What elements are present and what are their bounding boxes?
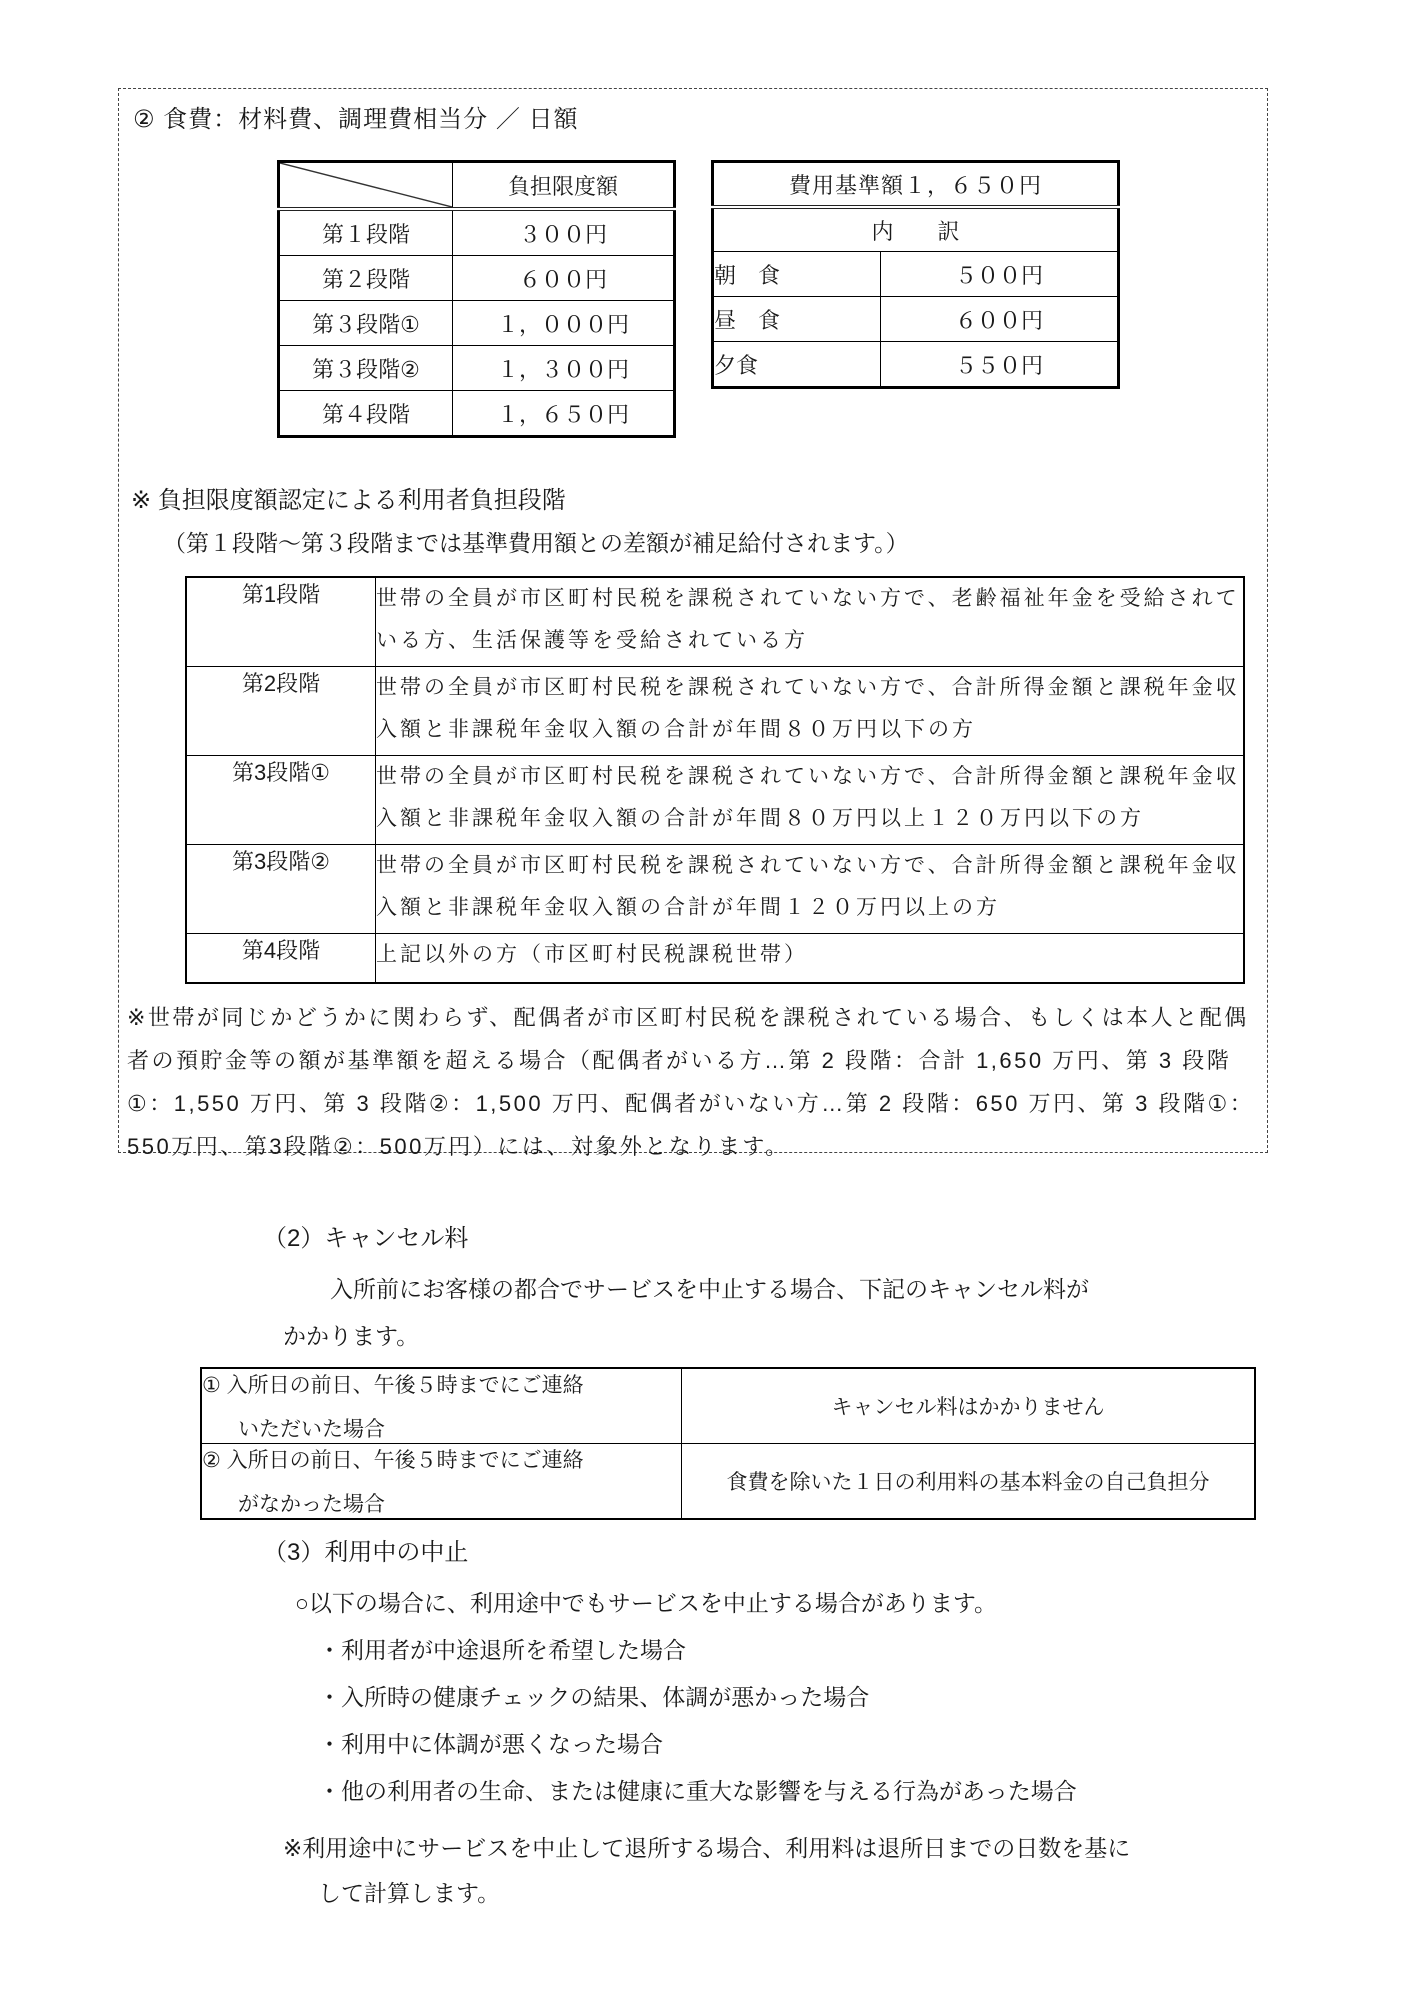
- meal-label: 夕食: [713, 342, 881, 388]
- stage-label: 第３段階①: [279, 301, 453, 346]
- table-row: 朝 食 ５００円: [713, 252, 1119, 297]
- table-row: 第１段階 ３００円: [279, 209, 675, 256]
- condition-line1: ② 入所日の前日、午後５時までにご連絡: [202, 1444, 681, 1474]
- table-header-row: 費用基準額１，６５０円: [713, 162, 1119, 208]
- spouse-exclusion-note: ※世帯が同じかどうかに関わらず、配偶者が市区町村民税を課税されている場合、もしく…: [127, 996, 1263, 1168]
- table-row: 昼 食 ６００円: [713, 297, 1119, 342]
- meal-label: 朝 食: [713, 252, 881, 297]
- cancellation-fee-table: ① 入所日の前日、午後５時までにご連絡 いただいた場合 キャンセル料はかかりませ…: [200, 1367, 1256, 1520]
- cancellation-condition: ② 入所日の前日、午後５時までにご連絡 がなかった場合: [201, 1444, 682, 1520]
- burden-stage-note: ※ 負担限度額認定による利用者負担段階: [131, 480, 1267, 515]
- table-row: 第４段階 １，６５０円: [279, 391, 675, 437]
- table-row: 第2段階 世帯の全員が市区町村民税を課税されていない方で、合計所得金額と課税年金…: [186, 667, 1244, 756]
- stage-label: 第１段階: [279, 209, 453, 256]
- table-row: 第３段階① １，０００円: [279, 301, 675, 346]
- diagonal-divider-cell: [279, 162, 453, 210]
- stage-description: 上記以外の方（市区町村民税課税世帯）: [376, 934, 1245, 984]
- breakdown-label: 内 訳: [713, 207, 1119, 252]
- table-row: ① 入所日の前日、午後５時までにご連絡 いただいた場合 キャンセル料はかかりませ…: [201, 1368, 1255, 1444]
- cancellation-heading: （2）キャンセル料: [263, 1218, 1414, 1253]
- stop-bullet: ・利用中に体調が悪くなった場合: [318, 1726, 1414, 1759]
- stop-bullet: ・入所時の健康チェックの結果、体調が悪かった場合: [318, 1679, 1414, 1712]
- table-row: 第3段階① 世帯の全員が市区町村民税を課税されていない方で、合計所得金額と課税年…: [186, 756, 1244, 845]
- stage-label: 第2段階: [186, 667, 376, 756]
- mid-use-stop-section: （3）利用中の中止 ○以下の場合に、利用途中でもサービスを中止する場合があります…: [0, 1532, 1414, 1908]
- table-row: 第1段階 世帯の全員が市区町村民税を課税されていない方で、老齢福祉年金を受給され…: [186, 577, 1244, 667]
- cancellation-description-line2: かかります。: [283, 1318, 1414, 1351]
- meal-amount: ６００円: [881, 297, 1119, 342]
- stop-bullet: ・利用者が中途退所を希望した場合: [318, 1632, 1414, 1665]
- stage-amount: １，６５０円: [453, 391, 675, 437]
- stop-intro: ○以下の場合に、利用途中でもサービスを中止する場合があります。: [295, 1585, 1414, 1618]
- stage-label: 第1段階: [186, 577, 376, 667]
- stage-amount: １，３００円: [453, 346, 675, 391]
- stage-amount: １，０００円: [453, 301, 675, 346]
- limit-table-header: 負担限度額: [453, 162, 675, 210]
- table-row: 第２段階 ６００円: [279, 256, 675, 301]
- condition-line2: いただいた場合: [238, 1413, 681, 1443]
- stage-description: 世帯の全員が市区町村民税を課税されていない方で、合計所得金額と課税年金収入額と非…: [376, 756, 1245, 845]
- stage-label: 第２段階: [279, 256, 453, 301]
- stage-label: 第3段階①: [186, 756, 376, 845]
- table-row: ② 入所日の前日、午後５時までにご連絡 がなかった場合 食費を除いた１日の利用料…: [201, 1444, 1255, 1520]
- stage-amount: ３００円: [453, 209, 675, 256]
- standard-cost-header: 費用基準額１，６５０円: [713, 162, 1119, 208]
- condition-line2: がなかった場合: [238, 1488, 681, 1518]
- stage-description: 世帯の全員が市区町村民税を課税されていない方で、合計所得金額と課税年金収入額と非…: [376, 667, 1245, 756]
- cancellation-fee: 食費を除いた１日の利用料の基本料金の自己負担分: [682, 1444, 1256, 1520]
- meal-fee-title: ② 食費：材料費、調理費相当分 ／ 日額: [133, 99, 1267, 134]
- stage-label: 第４段階: [279, 391, 453, 437]
- meal-amount: ５００円: [881, 252, 1119, 297]
- stop-heading: （3）利用中の中止: [263, 1532, 1414, 1567]
- cancellation-section: （2）キャンセル料 入所前にお客様の都合でサービスを中止する場合、下記のキャンセ…: [0, 1218, 1414, 1520]
- stage-amount: ６００円: [453, 256, 675, 301]
- diagonal-line: [280, 163, 452, 207]
- stage-description: 世帯の全員が市区町村民税を課税されていない方で、老齢福祉年金を受給されている方、…: [376, 577, 1245, 667]
- table-row: 第３段階② １，３００円: [279, 346, 675, 391]
- stop-note-line1: ※利用途中にサービスを中止して退所する場合、利用料は退所日までの日数を基に: [283, 1830, 1414, 1863]
- document-page: ② 食費：材料費、調理費相当分 ／ 日額 負担限度額 第１段階 ３００: [0, 0, 1414, 2000]
- stage-label: 第3段階②: [186, 845, 376, 934]
- condition-line1: ① 入所日の前日、午後５時までにご連絡: [202, 1369, 681, 1399]
- meal-fee-section: ② 食費：材料費、調理費相当分 ／ 日額 負担限度額 第１段階 ３００: [118, 88, 1268, 1153]
- meal-fee-tables: 負担限度額 第１段階 ３００円 第２段階 ６００円 第３段階① １，０００円: [119, 160, 1267, 438]
- standard-cost-table: 費用基準額１，６５０円 内 訳 朝 食 ５００円 昼 食 ６００円 夕食: [711, 160, 1120, 389]
- user-burden-stage-table: 第1段階 世帯の全員が市区町村民税を課税されていない方で、老齢福祉年金を受給され…: [185, 576, 1245, 984]
- cancellation-description-line1: 入所前にお客様の都合でサービスを中止する場合、下記のキャンセル料が: [330, 1271, 1414, 1304]
- supplement-note: （第１段階～第３段階までは基準費用額との差額が補足給付されます。）: [163, 525, 1267, 558]
- table-row: 第3段階② 世帯の全員が市区町村民税を課税されていない方で、合計所得金額と課税年…: [186, 845, 1244, 934]
- breakdown-row: 内 訳: [713, 207, 1119, 252]
- meal-label: 昼 食: [713, 297, 881, 342]
- table-row: 夕食 ５５０円: [713, 342, 1119, 388]
- stage-label: 第4段階: [186, 934, 376, 984]
- cancellation-condition: ① 入所日の前日、午後５時までにご連絡 いただいた場合: [201, 1368, 682, 1444]
- stage-description: 世帯の全員が市区町村民税を課税されていない方で、合計所得金額と課税年金収入額と非…: [376, 845, 1245, 934]
- cancellation-fee: キャンセル料はかかりません: [682, 1368, 1256, 1444]
- meal-amount: ５５０円: [881, 342, 1119, 388]
- table-header-row: 負担限度額: [279, 162, 675, 210]
- table-row: 第4段階 上記以外の方（市区町村民税課税世帯）: [186, 934, 1244, 984]
- stop-bullet: ・他の利用者の生命、または健康に重大な影響を与える行為があった場合: [318, 1773, 1414, 1806]
- stage-label: 第３段階②: [279, 346, 453, 391]
- burden-limit-table: 負担限度額 第１段階 ３００円 第２段階 ６００円 第３段階① １，０００円: [277, 160, 676, 438]
- stop-note-line2: して計算します。: [318, 1875, 1414, 1908]
